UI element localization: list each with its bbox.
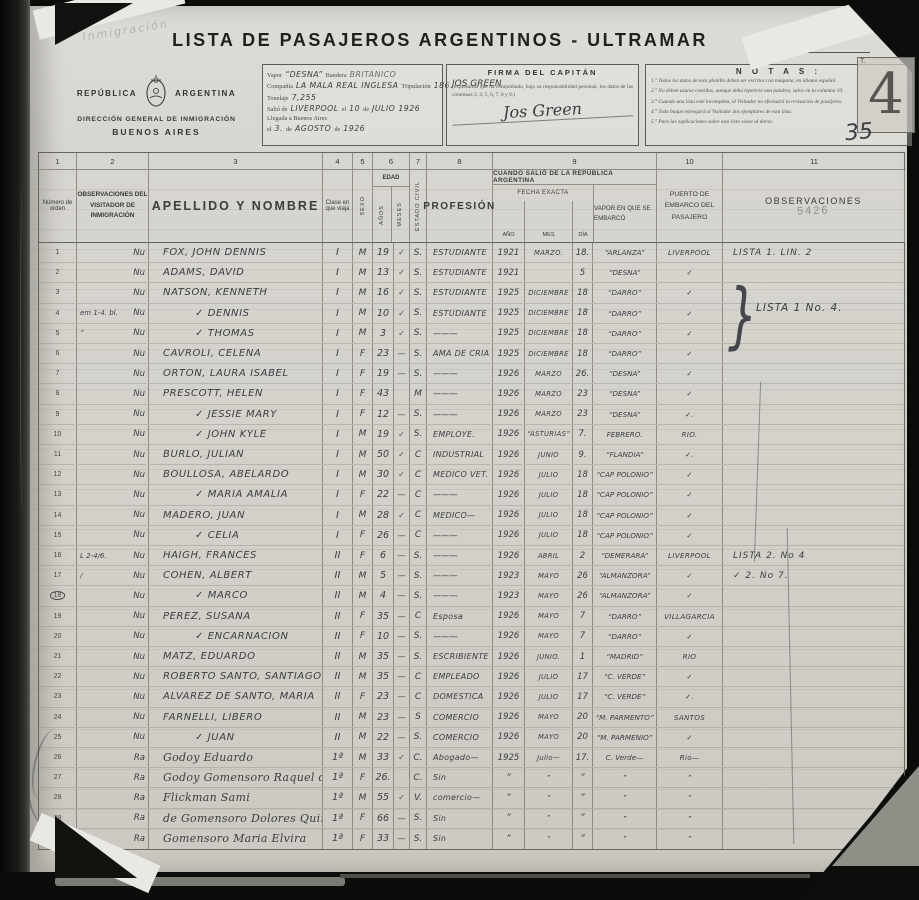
age-years: 33 xyxy=(373,748,394,767)
observations xyxy=(723,364,905,383)
departure-day: ” xyxy=(573,788,593,807)
passenger-name: Gomensoro Maria Elvira xyxy=(149,829,323,849)
sex: M xyxy=(353,243,373,262)
llegada-day: 3. xyxy=(275,124,283,133)
observations xyxy=(723,607,905,626)
travel-class: I xyxy=(323,384,353,403)
stamp-small-mark: T. xyxy=(860,58,865,65)
passenger-name: MATZ, EDUARDO xyxy=(149,647,323,666)
visitor-mark: Nu xyxy=(133,409,145,419)
departure-year: 1926 xyxy=(493,364,525,383)
sex: M xyxy=(353,566,373,585)
observations xyxy=(723,768,905,787)
col-number-8: 8 xyxy=(427,153,493,169)
departure-year: 1925 xyxy=(493,283,525,302)
table-rows: 1 Nu FOX, JOHN DENNIS I M 19 ✓ S. ESTUDI… xyxy=(39,243,904,849)
row-number-value: 14 xyxy=(54,512,62,519)
header-observaciones: OBSERVACIONES 5426 xyxy=(723,170,905,242)
table-row: 11 Nu BURLO, JULIAN I M 50 ✓ C INDUSTRIA… xyxy=(39,445,905,465)
table-row: 6 Nu CAVROLI, CELENA I F 23 — S. AMA DE … xyxy=(39,344,905,364)
visitor-observation-cell: ”Nu xyxy=(77,324,149,343)
age-years: 28 xyxy=(373,506,394,525)
profession: ——— xyxy=(427,364,493,383)
embark-port: SANTOS xyxy=(657,708,723,727)
header-fecha-exacta: FECHA EXACTA xyxy=(493,185,593,201)
profession: ——— xyxy=(427,526,493,545)
visitor-observation-cell: Nu xyxy=(77,687,149,706)
departure-day: 18 xyxy=(573,324,593,343)
visitor-mark: Nu xyxy=(133,470,145,480)
visitor-observation-cell: Nu xyxy=(77,708,149,727)
age-months: — xyxy=(394,607,410,626)
profession: comercio— xyxy=(427,788,493,807)
compania-label: Compañía xyxy=(267,83,293,90)
passenger-name: Godoy Gomensoro Raquel de xyxy=(149,768,323,787)
observations xyxy=(723,586,905,605)
row-number: 23 xyxy=(39,687,77,706)
age-months: — xyxy=(394,708,410,727)
departure-month: JULIO xyxy=(525,667,573,686)
passenger-name: MADERO, JUAN xyxy=(149,506,323,525)
visitor-observation-cell: Nu xyxy=(77,728,149,747)
departure-ship: “C. VERDE” xyxy=(593,687,657,706)
profession: ——— xyxy=(427,586,493,605)
ship-info-box: Vapor“DESNA”BanderaBRITANICO CompañíaLA … xyxy=(262,64,443,146)
profession: INDUSTRIAL xyxy=(427,445,493,464)
age-years: 4 xyxy=(373,586,394,605)
visitor-observation-cell: Nu xyxy=(77,405,149,424)
civil-status: S. xyxy=(410,425,427,444)
departure-year: 1926 xyxy=(493,465,525,484)
table-row: 1 Nu FOX, JOHN DENNIS I M 19 ✓ S. ESTUDI… xyxy=(39,243,905,263)
visitor-mark: Nu xyxy=(133,611,145,621)
row-number: 16 xyxy=(39,546,77,565)
departure-day: 18 xyxy=(573,485,593,504)
row-number-value: 21 xyxy=(54,653,62,660)
civil-status: S. xyxy=(410,627,427,646)
row-number: 5 xyxy=(39,324,77,343)
departure-year: 1926 xyxy=(493,607,525,626)
direccion-label: DIRECCIÓN GENERAL DE INMIGRACIÓN xyxy=(55,116,258,123)
salio-month: JULIO xyxy=(372,104,395,113)
departure-ship: “DESNA” xyxy=(593,263,657,282)
grouping-brace: } xyxy=(728,281,758,349)
row-number-value: 6 xyxy=(56,350,60,357)
age-months: — xyxy=(394,546,410,565)
civil-status: S. xyxy=(410,263,427,282)
el-label: el xyxy=(342,106,347,113)
age-years: 10 xyxy=(373,304,394,323)
departure-ship: ” xyxy=(593,768,657,787)
col-number-4: 4 xyxy=(323,153,353,169)
visitor-observation-cell: Nu xyxy=(77,425,149,444)
departure-month: DICIEMBRE xyxy=(525,283,573,302)
sex: M xyxy=(353,324,373,343)
departure-day: 17 xyxy=(573,687,593,706)
departure-month: JUNIO. xyxy=(525,647,573,666)
visitor-mark: Nu xyxy=(133,349,145,359)
table-row: 19 Nu PEREZ, SUSANA II F 35 — C Esposa 1… xyxy=(39,607,905,627)
visitor-observation-cell: Nu xyxy=(77,485,149,504)
visitor-mark: Ra xyxy=(134,793,145,803)
age-months: — xyxy=(394,526,410,545)
page-edge-thin xyxy=(340,874,810,878)
age-months: ✓ xyxy=(394,304,410,323)
table-row: 12 Nu BOULLOSA, ABELARDO I M 30 ✓ C MEDI… xyxy=(39,465,905,485)
departure-year: 1923 xyxy=(493,566,525,585)
visitor-mark: Nu xyxy=(133,429,145,439)
row-number: 1 xyxy=(39,243,77,262)
passenger-name: FARNELLI, LIBERO xyxy=(149,708,323,727)
passenger-name: CAVROLI, CELENA xyxy=(149,344,323,363)
visitor-mark: Nu xyxy=(133,268,145,278)
visitor-observation-cell: Nu xyxy=(77,243,149,262)
departure-ship: “CAP POLONIO” xyxy=(593,465,657,484)
salio-label: Salió de xyxy=(267,106,287,113)
llegada-year: 1926 xyxy=(343,124,365,133)
captain-signature-box: FIRMA DEL CAPITÁN JOS GREEN (expresando … xyxy=(446,64,639,146)
age-years: 35 xyxy=(373,647,394,666)
row-number: 22 xyxy=(39,667,77,686)
departure-ship: “DEMERARA” xyxy=(593,546,657,565)
col-number-10: 10 xyxy=(657,153,723,169)
embark-port: ✓ xyxy=(657,667,723,686)
age-years: 6 xyxy=(373,546,394,565)
visitor-observation-cell: /Nu xyxy=(77,566,149,585)
header-dia: DÍA xyxy=(573,201,593,242)
row-number-value: 15 xyxy=(54,532,62,539)
travel-class: I xyxy=(323,445,353,464)
departure-ship: “DARRO” xyxy=(593,283,657,302)
header-apellido-nombre: APELLIDO Y NOMBRE xyxy=(149,170,323,242)
profession: ESCRIBIENTE xyxy=(427,647,493,666)
llegada-de-label: de xyxy=(286,126,292,133)
civil-status: S. xyxy=(410,728,427,747)
departure-month: MAYO xyxy=(525,708,573,727)
sex: M xyxy=(353,788,373,807)
civil-status: S. xyxy=(410,586,427,605)
age-months: ✓ xyxy=(394,748,410,767)
col-number-2: 2 xyxy=(77,153,149,169)
observations: LISTA 1. LIN. 2 xyxy=(723,243,905,262)
row-number: 6 xyxy=(39,344,77,363)
table-row: 5 ”Nu ✓ THOMAS I M 3 ✓ S. ——— 1925 DICIE… xyxy=(39,324,905,344)
departure-ship: “C. VERDE” xyxy=(593,667,657,686)
observations xyxy=(723,405,905,424)
departure-ship: “DARRO” xyxy=(593,627,657,646)
civil-status: C xyxy=(410,607,427,626)
visitor-observation-cell: Ra xyxy=(77,748,149,767)
age-years: 10 xyxy=(373,627,394,646)
passenger-name: ✓ JESSIE MARY xyxy=(149,405,323,424)
passenger-name: ✓ THOMAS xyxy=(149,324,323,343)
row-number: 2 xyxy=(39,263,77,282)
departure-ship: “DESNA” xyxy=(593,384,657,403)
travel-class: I xyxy=(323,526,353,545)
passenger-name: Godoy Eduardo xyxy=(149,748,323,767)
table-row: 27 Ra Godoy Gomensoro Raquel de 1ª F 26.… xyxy=(39,768,905,788)
age-years: 23 xyxy=(373,687,394,706)
profession: COMERCIO xyxy=(427,708,493,727)
passenger-name: ✓ JOHN KYLE xyxy=(149,425,323,444)
travel-class: I xyxy=(323,465,353,484)
passenger-name: PRESCOTT, HELEN xyxy=(149,384,323,403)
profession: ——— xyxy=(427,627,493,646)
departure-year: 1925 xyxy=(493,344,525,363)
observations xyxy=(723,687,905,706)
row-number: 24 xyxy=(39,708,77,727)
sex: M xyxy=(353,263,373,282)
departure-day: 18 xyxy=(573,344,593,363)
age-months: — xyxy=(394,647,410,666)
age-years: 13 xyxy=(373,263,394,282)
departure-year: 1926 xyxy=(493,506,525,525)
row-number-value: 2 xyxy=(56,269,60,276)
embark-port: ✓ xyxy=(657,566,723,585)
age-years: 30 xyxy=(373,465,394,484)
departure-year: 1926 xyxy=(493,627,525,646)
departure-ship: “DESNA” xyxy=(593,364,657,383)
departure-ship: “DARRO” xyxy=(593,304,657,323)
sex: M xyxy=(353,728,373,747)
visitor-mark: Ra xyxy=(134,834,145,844)
age-months: — xyxy=(394,344,410,363)
travel-class: I xyxy=(323,324,353,343)
departure-day: 7. xyxy=(573,425,593,444)
visitor-mark: Nu xyxy=(133,712,145,722)
sex: F xyxy=(353,384,373,403)
departure-month: MARZO xyxy=(525,364,573,383)
observations xyxy=(723,485,905,504)
departure-year: 1925 xyxy=(493,324,525,343)
row-number-value: 22 xyxy=(54,673,62,680)
sex: M xyxy=(353,708,373,727)
visitor-mark: Nu xyxy=(133,591,145,601)
departure-ship: FEBRERO. xyxy=(593,425,657,444)
embark-port: ✓ xyxy=(657,586,723,605)
passenger-name: NATSON, KENNETH xyxy=(149,283,323,302)
col-number-9: 9 xyxy=(493,153,657,169)
visitor-observation-cell: Nu xyxy=(77,627,149,646)
embark-port: ” xyxy=(657,768,723,787)
passenger-name: de Gomensoro Dolores Quiroga xyxy=(149,809,323,828)
departure-month: JULIO xyxy=(525,485,573,504)
age-months: ✓ xyxy=(394,506,410,525)
profession: DOMESTICA xyxy=(427,687,493,706)
civil-status: S xyxy=(410,708,427,727)
travel-class: 1ª xyxy=(323,768,353,787)
travel-class: II xyxy=(323,647,353,666)
observations xyxy=(723,425,905,444)
header-sexo: SEXO xyxy=(360,196,366,216)
departure-day: 17 xyxy=(573,667,593,686)
departure-month: DICIEMBRE xyxy=(525,324,573,343)
age-months: ✓ xyxy=(394,445,410,464)
civil-status: S. xyxy=(410,283,427,302)
vapor-value: “DESNA” xyxy=(285,70,323,79)
departure-month: ABRIL xyxy=(525,546,573,565)
visitor-mark: Nu xyxy=(133,551,145,561)
departure-ship: C. Verde— xyxy=(593,748,657,767)
embark-port: ✓ xyxy=(657,344,723,363)
civil-status: C xyxy=(410,465,427,484)
visitor-mark: Ra xyxy=(134,813,145,823)
civil-status: S. xyxy=(410,364,427,383)
row-number: 17 xyxy=(39,566,77,585)
departure-day: ” xyxy=(573,809,593,828)
age-months: — xyxy=(394,627,410,646)
visitor-mark: Nu xyxy=(133,248,145,258)
departure-day: ” xyxy=(573,829,593,849)
visitor-observation-cell: Nu xyxy=(77,344,149,363)
travel-class: 1ª xyxy=(323,829,353,849)
visitor-mark: Nu xyxy=(133,571,145,581)
age-years: 23 xyxy=(373,344,394,363)
age-months: — xyxy=(394,485,410,504)
page-edge xyxy=(55,877,345,886)
departure-month: ” xyxy=(525,788,573,807)
col-number-6: 6 xyxy=(373,153,410,169)
departure-day: 18. xyxy=(573,243,593,262)
departure-ship: “CAP POLONIO” xyxy=(593,506,657,525)
departure-month: DICIEMBRE xyxy=(525,304,573,323)
travel-class: I xyxy=(323,304,353,323)
passenger-name: Flickman Sami xyxy=(149,788,323,807)
republica-label: REPÚBLICA xyxy=(77,89,137,98)
table-row: 8 Nu PRESCOTT, HELEN I F 43 M ——— 1926 M… xyxy=(39,384,905,404)
visitor-observation-cell: Nu xyxy=(77,607,149,626)
departure-day: 18 xyxy=(573,283,593,302)
row-number: 21 xyxy=(39,647,77,666)
profession: ——— xyxy=(427,405,493,424)
departure-month: JULIO xyxy=(525,506,573,525)
salio-day: 10 xyxy=(349,104,360,113)
sex: M xyxy=(353,667,373,686)
header-edad-block: EDAD AÑOS MESES xyxy=(373,170,410,242)
observaciones-stamp-number: 5426 xyxy=(797,204,830,217)
departure-year: 1926 xyxy=(493,647,525,666)
pencil-page-number: 35 xyxy=(844,119,874,146)
salio-port: LIVERPOOL xyxy=(290,104,338,113)
row-number: 9 xyxy=(39,405,77,424)
departure-month: JUNIO xyxy=(525,445,573,464)
profession: Sin xyxy=(427,809,493,828)
visitor-mark: Nu xyxy=(133,692,145,702)
departure-month: MAYO xyxy=(525,586,573,605)
table-row: 16 L 2-4/6.Nu HAIGH, FRANCES II F 6 — S.… xyxy=(39,546,905,566)
visitor-note: em 1-4. bl. xyxy=(80,309,118,317)
departure-ship: “MADRID” xyxy=(593,647,657,666)
observations xyxy=(723,788,905,807)
embark-port: ✓. xyxy=(657,687,723,706)
embark-port: ” xyxy=(657,829,723,849)
profession: EMPLEADO xyxy=(427,667,493,686)
sex: M xyxy=(353,748,373,767)
table-row: 20 Nu ✓ ENCARNACION II F 10 — S. ——— 192… xyxy=(39,627,905,647)
header-meses: MESES xyxy=(397,202,403,227)
tonelaje-value: 7,255 xyxy=(292,93,317,102)
argentina-coat-of-arms-icon xyxy=(143,74,169,113)
age-months: ✓ xyxy=(394,283,410,302)
passenger-name: COHEN, ALBERT xyxy=(149,566,323,585)
captain-title: FIRMA DEL CAPITÁN xyxy=(452,68,633,77)
visitor-mark: Nu xyxy=(133,652,145,662)
row-number-value: 10 xyxy=(54,431,62,438)
civil-status: C xyxy=(410,667,427,686)
civil-status: C xyxy=(410,445,427,464)
departure-month: MARZO. xyxy=(525,243,573,262)
header-salida-block: CUANDO SALIÓ DE LA REPÚBLICA ARGENTINA F… xyxy=(493,170,657,242)
embark-port: ✓ xyxy=(657,324,723,343)
table-row: 15 Nu ✓ CELIA I F 26 — C ——— 1926 JULIO … xyxy=(39,526,905,546)
age-years: 22 xyxy=(373,485,394,504)
profession: ——— xyxy=(427,485,493,504)
departure-ship: ” xyxy=(593,829,657,849)
civil-status: C. xyxy=(410,768,427,787)
observations xyxy=(723,526,905,545)
age-months: ✓ xyxy=(394,425,410,444)
travel-class: 1ª xyxy=(323,788,353,807)
llegada-month: AGOSTO xyxy=(295,124,331,133)
sex: M xyxy=(353,465,373,484)
age-months: — xyxy=(394,667,410,686)
travel-class: II xyxy=(323,667,353,686)
passenger-name: ✓ MARIA AMALIA xyxy=(149,485,323,504)
travel-class: II xyxy=(323,687,353,706)
departure-ship: “M. PARMENTO” xyxy=(593,708,657,727)
departure-day: 18 xyxy=(573,465,593,484)
travel-class: I xyxy=(323,263,353,282)
civil-status: C xyxy=(410,506,427,525)
travel-class: I xyxy=(323,283,353,302)
profession: ——— xyxy=(427,566,493,585)
travel-class: II xyxy=(323,728,353,747)
llegada-de2-label: de xyxy=(334,126,340,133)
travel-class: I xyxy=(323,425,353,444)
sex: M xyxy=(353,445,373,464)
age-years: 12 xyxy=(373,405,394,424)
age-years: 50 xyxy=(373,445,394,464)
header-numero: Número de orden xyxy=(39,170,77,242)
passenger-table: 1 2 3 4 5 6 7 8 9 10 11 Número de orden … xyxy=(38,152,905,850)
age-months: ✓ xyxy=(394,324,410,343)
visitor-observation-cell: Nu xyxy=(77,526,149,545)
age-years: 35 xyxy=(373,607,394,626)
embark-port: ✓. xyxy=(657,405,723,424)
visitor-observation-cell: Nu xyxy=(77,586,149,605)
grouping-brace-text: LISTA 1 No. 4. xyxy=(756,302,843,314)
profession: ESTUDIANTE xyxy=(427,283,493,302)
travel-class: II xyxy=(323,607,353,626)
row-number-value: 5 xyxy=(56,330,60,337)
header-profesion: PROFESIÓN xyxy=(427,170,493,242)
llegada-label: Llegada a Buenos Aires xyxy=(267,115,327,122)
civil-status: S. xyxy=(410,566,427,585)
departure-ship: “ARLANZA” xyxy=(593,243,657,262)
departure-year: 1921 xyxy=(493,243,525,262)
table-row: 18 Nu ✓ MARCO II M 4 — S. ——— 1923 MAYO … xyxy=(39,586,905,606)
departure-month: “ASTURIAS” xyxy=(525,425,573,444)
visitor-mark: Ra xyxy=(134,753,145,763)
civil-status: S. xyxy=(410,243,427,262)
departure-ship: “ALMANZORA” xyxy=(593,566,657,585)
age-months: ✓ xyxy=(394,243,410,262)
table-row: 23 Nu ALVAREZ DE SANTO, MARIA II F 23 — … xyxy=(39,687,905,707)
departure-ship: “DARRO” xyxy=(593,344,657,363)
travel-class: II xyxy=(323,708,353,727)
row-number: 12 xyxy=(39,465,77,484)
table-row: 2 Nu ADAMS, DAVID I M 13 ✓ S. ESTUDIANTE… xyxy=(39,263,905,283)
